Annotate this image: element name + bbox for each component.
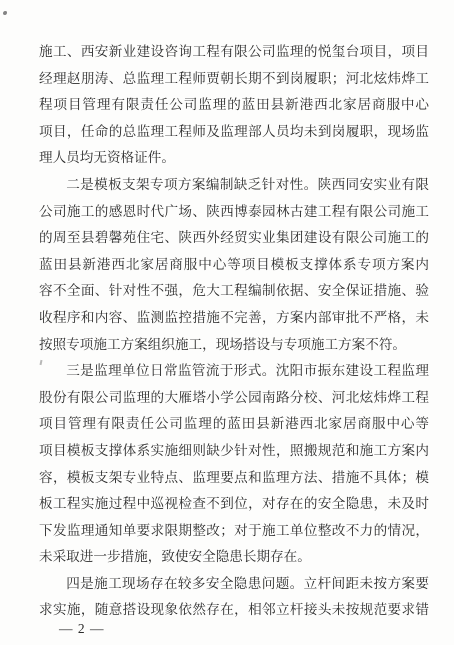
scan-artifact <box>3 11 7 15</box>
text-line: 按照专项施工方案组织施工，现场搭设与专项施工方案不符。 <box>39 332 429 359</box>
text-line: 程项目管理有限责任公司监理的蓝田县新港西北家居商服中心 <box>39 92 429 119</box>
text-line: 的周至县碧馨苑住宅、陕西外经贸实业集团建设有限公司施工的 <box>39 225 429 252</box>
text-line: 理人员均无资格证件。 <box>39 145 429 172</box>
text-line: 股份有限公司监理的大雁塔小学公园南路分校、河北炫炜烨工程 <box>39 385 429 412</box>
page-number: — 2 — <box>59 620 105 638</box>
text-line: 蓝田县新港西北家居商服中心等项目模板支撑体系专项方案内 <box>39 252 429 279</box>
document-body: 施工、西安新业建设咨询工程有限公司监理的悦玺台项目，项目经理赵朋涛、总监理工程师… <box>39 39 429 624</box>
text-line: 收程序和内容、监测监控措施不完善，方案内部审批不严格，未 <box>39 305 429 332</box>
text-line: 施工、西安新业建设咨询工程有限公司监理的悦玺台项目，项目 <box>39 39 429 66</box>
text-line: 项目模板支撑体系实施细则缺少针对性，照搬规范和施工方案内 <box>39 438 429 465</box>
text-line: 容，模板支架专业特点、监理要点和监理方法、措施不具体；模 <box>39 465 429 492</box>
text-line: 四是施工现场存在较多安全隐患问题。立杆间距未按方案要 <box>39 571 429 598</box>
text-line: 板工程实施过程中巡视检查不到位，对存在的安全隐患，未及时 <box>39 491 429 518</box>
text-line: 下发监理通知单要求限期整改；对于施工单位整改不力的情况， <box>39 518 429 545</box>
text-line: 经理赵朋涛、总监理工程师贾朝长期不到岗履职；河北炫炜烨工 <box>39 66 429 93</box>
text-line: 二是模板支架专项方案编制缺乏针对性。陕西同安实业有限 <box>39 172 429 199</box>
document-page: 施工、西安新业建设咨询工程有限公司监理的悦玺台项目，项目经理赵朋涛、总监理工程师… <box>0 0 454 645</box>
text-line: 项目管理有限责任公司监理的蓝田县新港西北家居商服中心等 <box>39 411 429 438</box>
text-line: 项目，任命的总监理工程师及监理部人员均未到岗履职，现场监 <box>39 119 429 146</box>
text-line: 未采取进一步措施，致使安全隐患长期存在。 <box>39 544 429 571</box>
text-line: 三是监理单位日常监管流于形式。沈阳市振东建设工程监理 <box>39 358 429 385</box>
text-line: 容不全面、针对性不强，危大工程编制依据、安全保证措施、验 <box>39 278 429 305</box>
text-line: 公司施工的感恩时代广场、陕西博泰园林古建工程有限公司施工 <box>39 199 429 226</box>
